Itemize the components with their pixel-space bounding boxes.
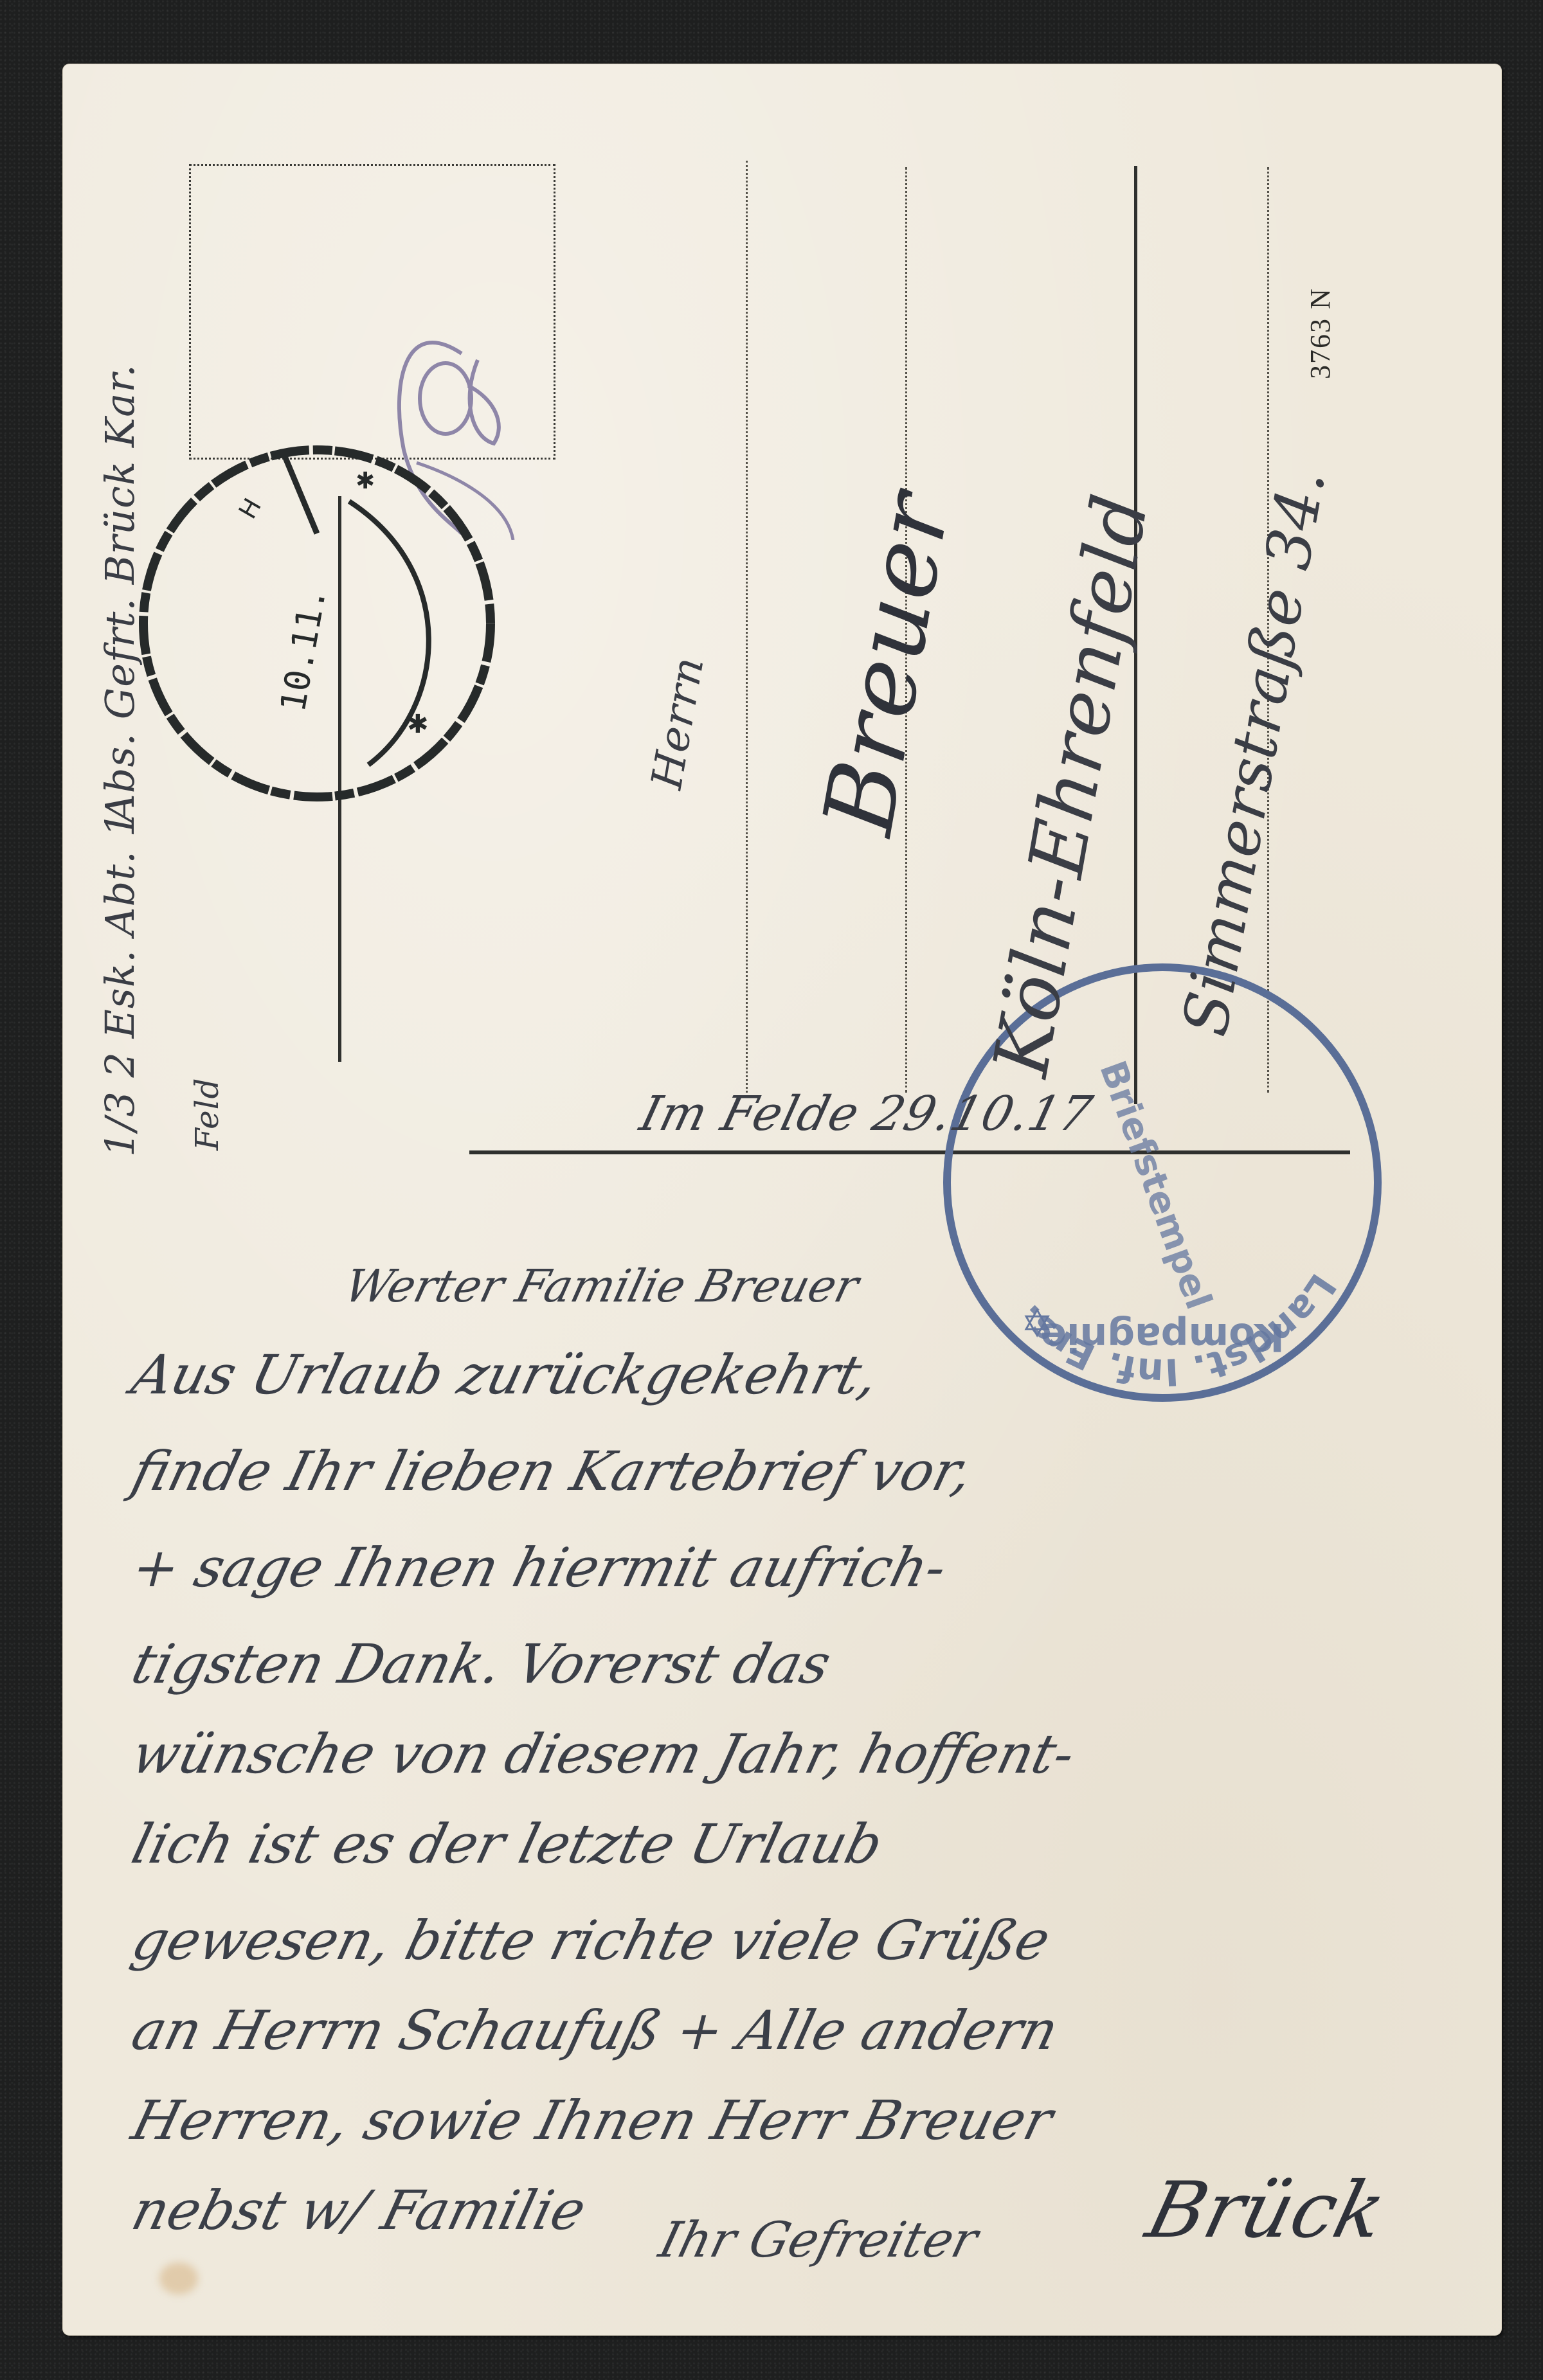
address-name: Breuer: [802, 485, 972, 842]
svg-text:✱: ✱: [356, 468, 375, 494]
sender-margin-line-1: Abs. Gefrt. Brück Kar.: [96, 364, 143, 823]
message-line: tigsten Dank. Vorerst das: [126, 1633, 837, 1696]
message-body: Werter Familie Breuer Aus Urlaub zurückg…: [134, 1260, 1484, 2320]
message-line: finde Ihr lieben Kartebrief vor,: [126, 1440, 979, 1503]
svg-text:H: H: [233, 494, 267, 524]
address-salutation: Herrn: [642, 653, 714, 792]
sender-margin-extra: Feld: [188, 1077, 226, 1150]
message-line: nebst w/ Familie: [126, 2179, 592, 2242]
print-code: 3763 N: [1304, 287, 1337, 379]
message-salutation: Werter Familie Breuer: [339, 1260, 864, 1312]
message-line: gewesen, bitte richte viele Grüße: [126, 1909, 1056, 1972]
signature: Brück: [1139, 2166, 1394, 2255]
message-line: an Herrn Schaufuß + Alle andern: [126, 1999, 1065, 2062]
svg-text:✱: ✱: [407, 710, 429, 739]
postcard: 3763 N ✱ ✱ H 10.11. Landst. Inf. Ers. Br…: [63, 64, 1501, 2335]
dateline: Im Felde 29.10.17: [635, 1086, 1097, 1141]
postmark-black: ✱ ✱ H 10.11.: [124, 431, 510, 816]
message-line: lich ist es der letzte Urlaub: [126, 1812, 889, 1875]
sender-margin-line-2: 1/3 2 Esk. Abt. 1: [96, 811, 143, 1157]
message-line: Herren, sowie Ihnen Herr Breuer: [126, 2089, 1059, 2152]
address-guide-line-1: [746, 161, 748, 1093]
message-line: Aus Urlaub zurückgekehrt,: [126, 1343, 885, 1406]
svg-text:10.11.: 10.11.: [273, 584, 334, 715]
message-line: wünsche von diesem Jahr, hoffent-: [126, 1722, 1081, 1785]
message-closing: Ihr Gefreiter: [654, 2211, 984, 2268]
message-line: + sage Ihnen hiermit aufrich-: [126, 1536, 953, 1599]
